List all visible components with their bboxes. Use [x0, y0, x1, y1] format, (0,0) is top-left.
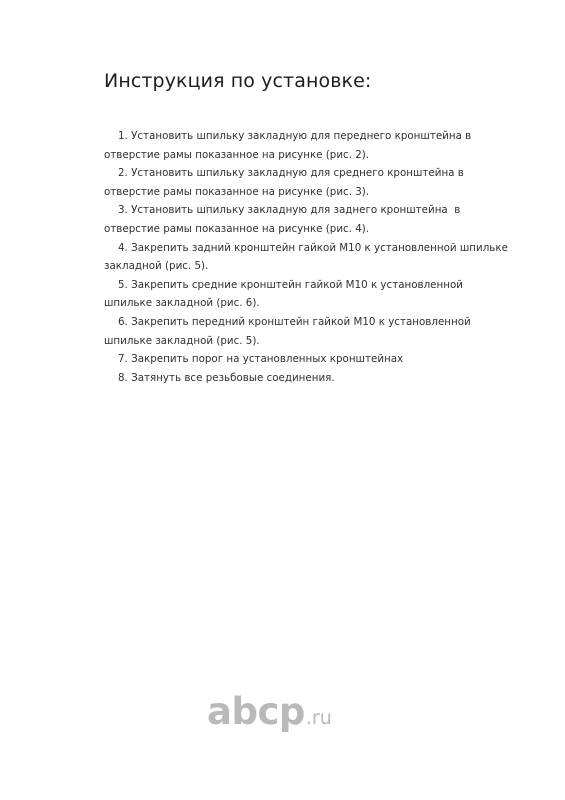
step-line: отверстие рамы показанное на рисунке (ри… — [104, 220, 514, 239]
step-line: 4. Закрепить задний кронштейн гайкой М10… — [104, 239, 514, 258]
instruction-step: 1. Установить шпильку закладную для пере… — [104, 127, 514, 164]
step-line: 3. Установить шпильку закладную для задн… — [104, 201, 514, 220]
abcp-watermark-logo: abcp.ru — [207, 690, 332, 733]
step-line: 7. Закрепить порог на установленных крон… — [104, 350, 514, 369]
instruction-step: 4. Закрепить задний кронштейн гайкой М10… — [104, 239, 514, 276]
step-line: 5. Закрепить средние кронштейн гайкой М1… — [104, 276, 514, 295]
step-line: шпильке закладной (рис. 5). — [104, 332, 514, 351]
step-line: отверстие рамы показанное на рисунке (ри… — [104, 146, 514, 165]
instruction-steps-list: 1. Установить шпильку закладную для пере… — [104, 127, 514, 387]
step-line: 8. Затянуть все резьбовые соединения. — [104, 369, 514, 388]
instruction-step: 3. Установить шпильку закладную для задн… — [104, 201, 514, 238]
step-line: 1. Установить шпильку закладную для пере… — [104, 127, 514, 146]
instruction-step: 8. Затянуть все резьбовые соединения. — [104, 369, 514, 388]
step-line: 2. Установить шпильку закладную для сред… — [104, 164, 514, 183]
step-line: шпильке закладной (рис. 6). — [104, 294, 514, 313]
watermark-domain-suffix: .ru — [306, 707, 332, 729]
instruction-step: 6. Закрепить передний кронштейн гайкой М… — [104, 313, 514, 350]
instruction-step: 7. Закрепить порог на установленных крон… — [104, 350, 514, 369]
step-line: отверстие рамы показанное на рисунке (ри… — [104, 183, 514, 202]
step-line: закладной (рис. 5). — [104, 257, 514, 276]
page-title: Инструкция по установке: — [104, 70, 371, 92]
instruction-step: 5. Закрепить средние кронштейн гайкой М1… — [104, 276, 514, 313]
watermark-main-text: abcp — [207, 690, 305, 733]
instruction-step: 2. Установить шпильку закладную для сред… — [104, 164, 514, 201]
step-line: 6. Закрепить передний кронштейн гайкой М… — [104, 313, 514, 332]
